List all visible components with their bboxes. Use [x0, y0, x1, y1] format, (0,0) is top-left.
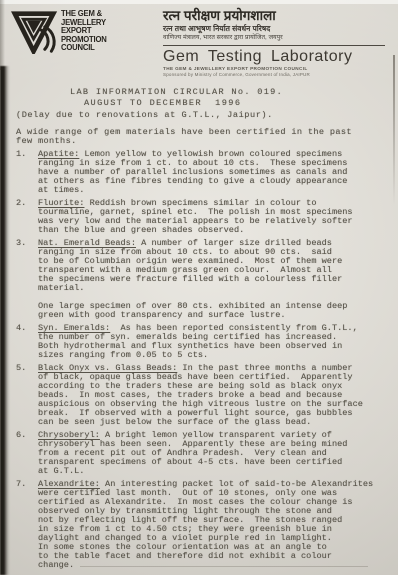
list-item-nat-emerald-beads: 3. Nat. Emerald Beads: A number of large… — [16, 239, 394, 320]
item-body: A number of larger size drilled beads ra… — [38, 238, 342, 293]
item-body: In the past three months a number of bla… — [38, 363, 363, 427]
item-number: 7. — [16, 480, 38, 570]
scan-right-hairline — [393, 55, 395, 205]
item-content: Nat. Emerald Beads: A number of larger s… — [38, 239, 394, 320]
item-content: Apatite: Lemon yellow to yellowish brown… — [38, 150, 394, 195]
scan-left-dark-edge — [0, 66, 10, 575]
intro-paragraph: A wide range of gem materials have been … — [16, 128, 394, 146]
hindi-sponsored-line: वाणिज्य मंत्रालय, भारत सरकार द्वारा प्रा… — [163, 34, 385, 42]
item-content: Chrysoberyl: A bright lemon yellow trans… — [38, 431, 394, 476]
list-item-fluorite: 2. Fluorite: Reddish brown specimens sim… — [16, 199, 394, 235]
letterhead: THE GEM & JEWELLERY EXPORT PROMOTION COU… — [0, 0, 398, 75]
scanned-circular-page: THE GEM & JEWELLERY EXPORT PROMOTION COU… — [0, 0, 398, 575]
hindi-block: रत्न परीक्षण प्रयोगशाला रत्न तथा आभूषण न… — [163, 9, 385, 46]
hindi-council-line: रत्न तथा आभूषण निर्यात संवर्धन परिषद — [163, 24, 385, 33]
letterhead-right-block: रत्न परीक्षण प्रयोगशाला रत्न तथा आभूषण न… — [163, 9, 392, 77]
logo-line: COUNCIL — [61, 44, 107, 53]
item-number: 6. — [16, 431, 38, 476]
scan-left-top-shadow — [0, 0, 5, 70]
list-item-apatite: 1. Apatite: Lemon yellow to yellowish br… — [16, 150, 394, 195]
item-body: An interesting packet lot of said-to-be … — [38, 479, 373, 570]
item-content: Syn. Emeralds: As has been reported cons… — [38, 324, 394, 360]
list-item-black-onyx-vs-glass: 5. Black Onyx vs. Glass Beads: In the pa… — [16, 364, 394, 427]
list-item-chrysoberyl: 6. Chrysoberyl: A bright lemon yellow tr… — [16, 431, 394, 476]
item-number: 3. — [16, 239, 38, 320]
item-main-paragraph: Nat. Emerald Beads: A number of larger s… — [38, 239, 394, 293]
gjepc-logo: THE GEM & JEWELLERY EXPORT PROMOTION COU… — [11, 9, 109, 54]
list-item-alexandrite: 7. Alexandrite: An interesting packet lo… — [16, 480, 394, 570]
gem-triangle-icon — [11, 9, 58, 54]
item-number: 5. — [16, 364, 38, 427]
circular-period: AUGUST TO DECEMBER 1996 — [16, 99, 394, 108]
item-content: Fluorite: Reddish brown specimens simila… — [38, 199, 394, 235]
item-content: Alexandrite: An interesting packet lot o… — [38, 480, 394, 570]
item-extra-paragraph: One large specimen of over 80 cts. exhib… — [38, 302, 394, 320]
delay-note: (Delay due to renovations at G.T.L., Jai… — [16, 111, 394, 120]
item-body: Reddish brown specimens similar in colou… — [38, 198, 353, 235]
hindi-lab-title: रत्न परीक्षण प्रयोगशाला — [163, 9, 385, 23]
scan-bottom-hairline — [80, 566, 368, 567]
lab-name: Gem Testing Laboratory — [163, 48, 385, 65]
circular-title: LAB INFORMATION CIRCULAR No. 019. — [16, 88, 394, 97]
logo-wordmark: THE GEM & JEWELLERY EXPORT PROMOTION COU… — [61, 10, 107, 53]
scan-top-edge — [0, 0, 398, 4]
circular-body: LAB INFORMATION CIRCULAR No. 019. AUGUST… — [0, 84, 398, 575]
list-item-syn-emeralds: 4. Syn. Emeralds: As has been reported c… — [16, 324, 394, 360]
item-number: 2. — [16, 199, 38, 235]
item-number: 4. — [16, 324, 38, 360]
item-content: Black Onyx vs. Glass Beads: In the past … — [38, 364, 394, 427]
sponsored-line: Sponsored by Ministry of Commerce, Gover… — [163, 72, 385, 78]
item-number: 1. — [16, 150, 38, 195]
item-body: Lemon yellow to yellowish brown coloured… — [38, 149, 347, 195]
